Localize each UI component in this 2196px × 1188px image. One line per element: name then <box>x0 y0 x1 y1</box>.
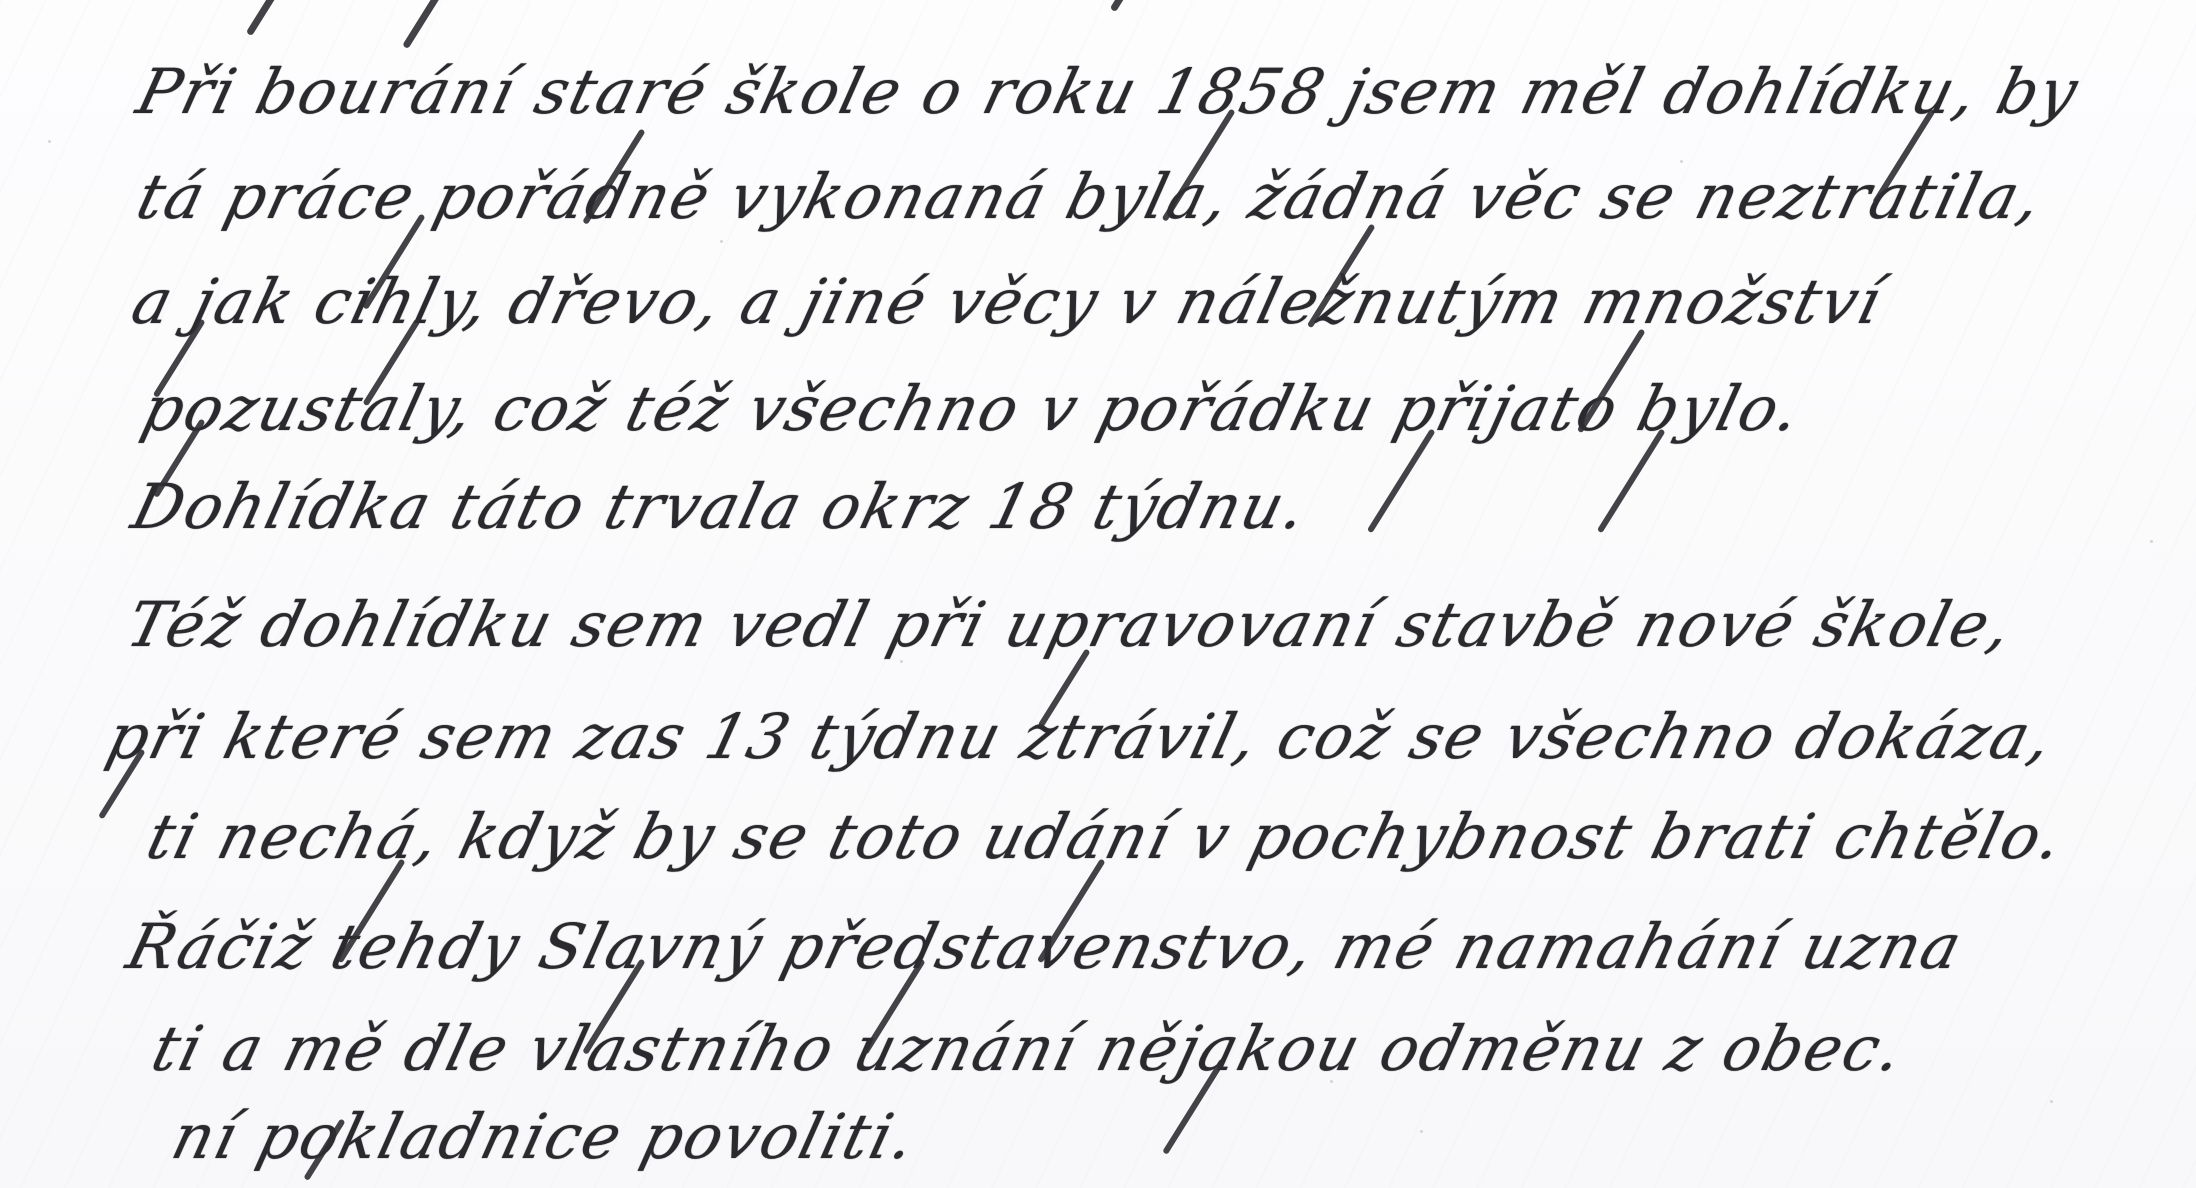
scan-speck <box>2150 540 2153 543</box>
ink-stroke <box>246 0 277 36</box>
manuscript-line-1: Při bourání staré škole o roku 1858 jsem… <box>130 55 2087 128</box>
scan-speck <box>2050 1100 2053 1103</box>
ink-stroke <box>1110 0 1128 12</box>
scan-speck <box>1330 1080 1333 1083</box>
manuscript-page: Při bourání staré škole o roku 1858 jsem… <box>0 0 2196 1188</box>
ink-stroke <box>402 0 441 49</box>
manuscript-line-4: pozustaly, což též všechno v pořádku při… <box>135 372 1809 445</box>
scan-speck <box>720 240 723 243</box>
manuscript-line-8: ti nechá, když by se toto udání v pochyb… <box>140 800 2071 873</box>
scan-speck <box>48 140 51 143</box>
manuscript-line-10: ti a mě dle vlastního uznání nějakou odm… <box>145 1012 1912 1085</box>
manuscript-line-11: ní pokladnice povoliti. <box>165 1100 924 1173</box>
manuscript-line-5: Dohlídka táto trvala okrz 18 týdnu. <box>125 470 1315 543</box>
scan-speck <box>1680 160 1683 163</box>
manuscript-line-3: a jak cihly, dřevo, a jiné věcy v náležn… <box>125 265 1890 338</box>
scan-speck <box>1420 1130 1423 1133</box>
scan-speck <box>900 660 903 663</box>
manuscript-line-6: Též dohlídku sem vedl při upravovaní sta… <box>120 588 2021 661</box>
manuscript-line-7: při které sem zas 13 týdnu ztrávil, což … <box>100 700 2061 773</box>
